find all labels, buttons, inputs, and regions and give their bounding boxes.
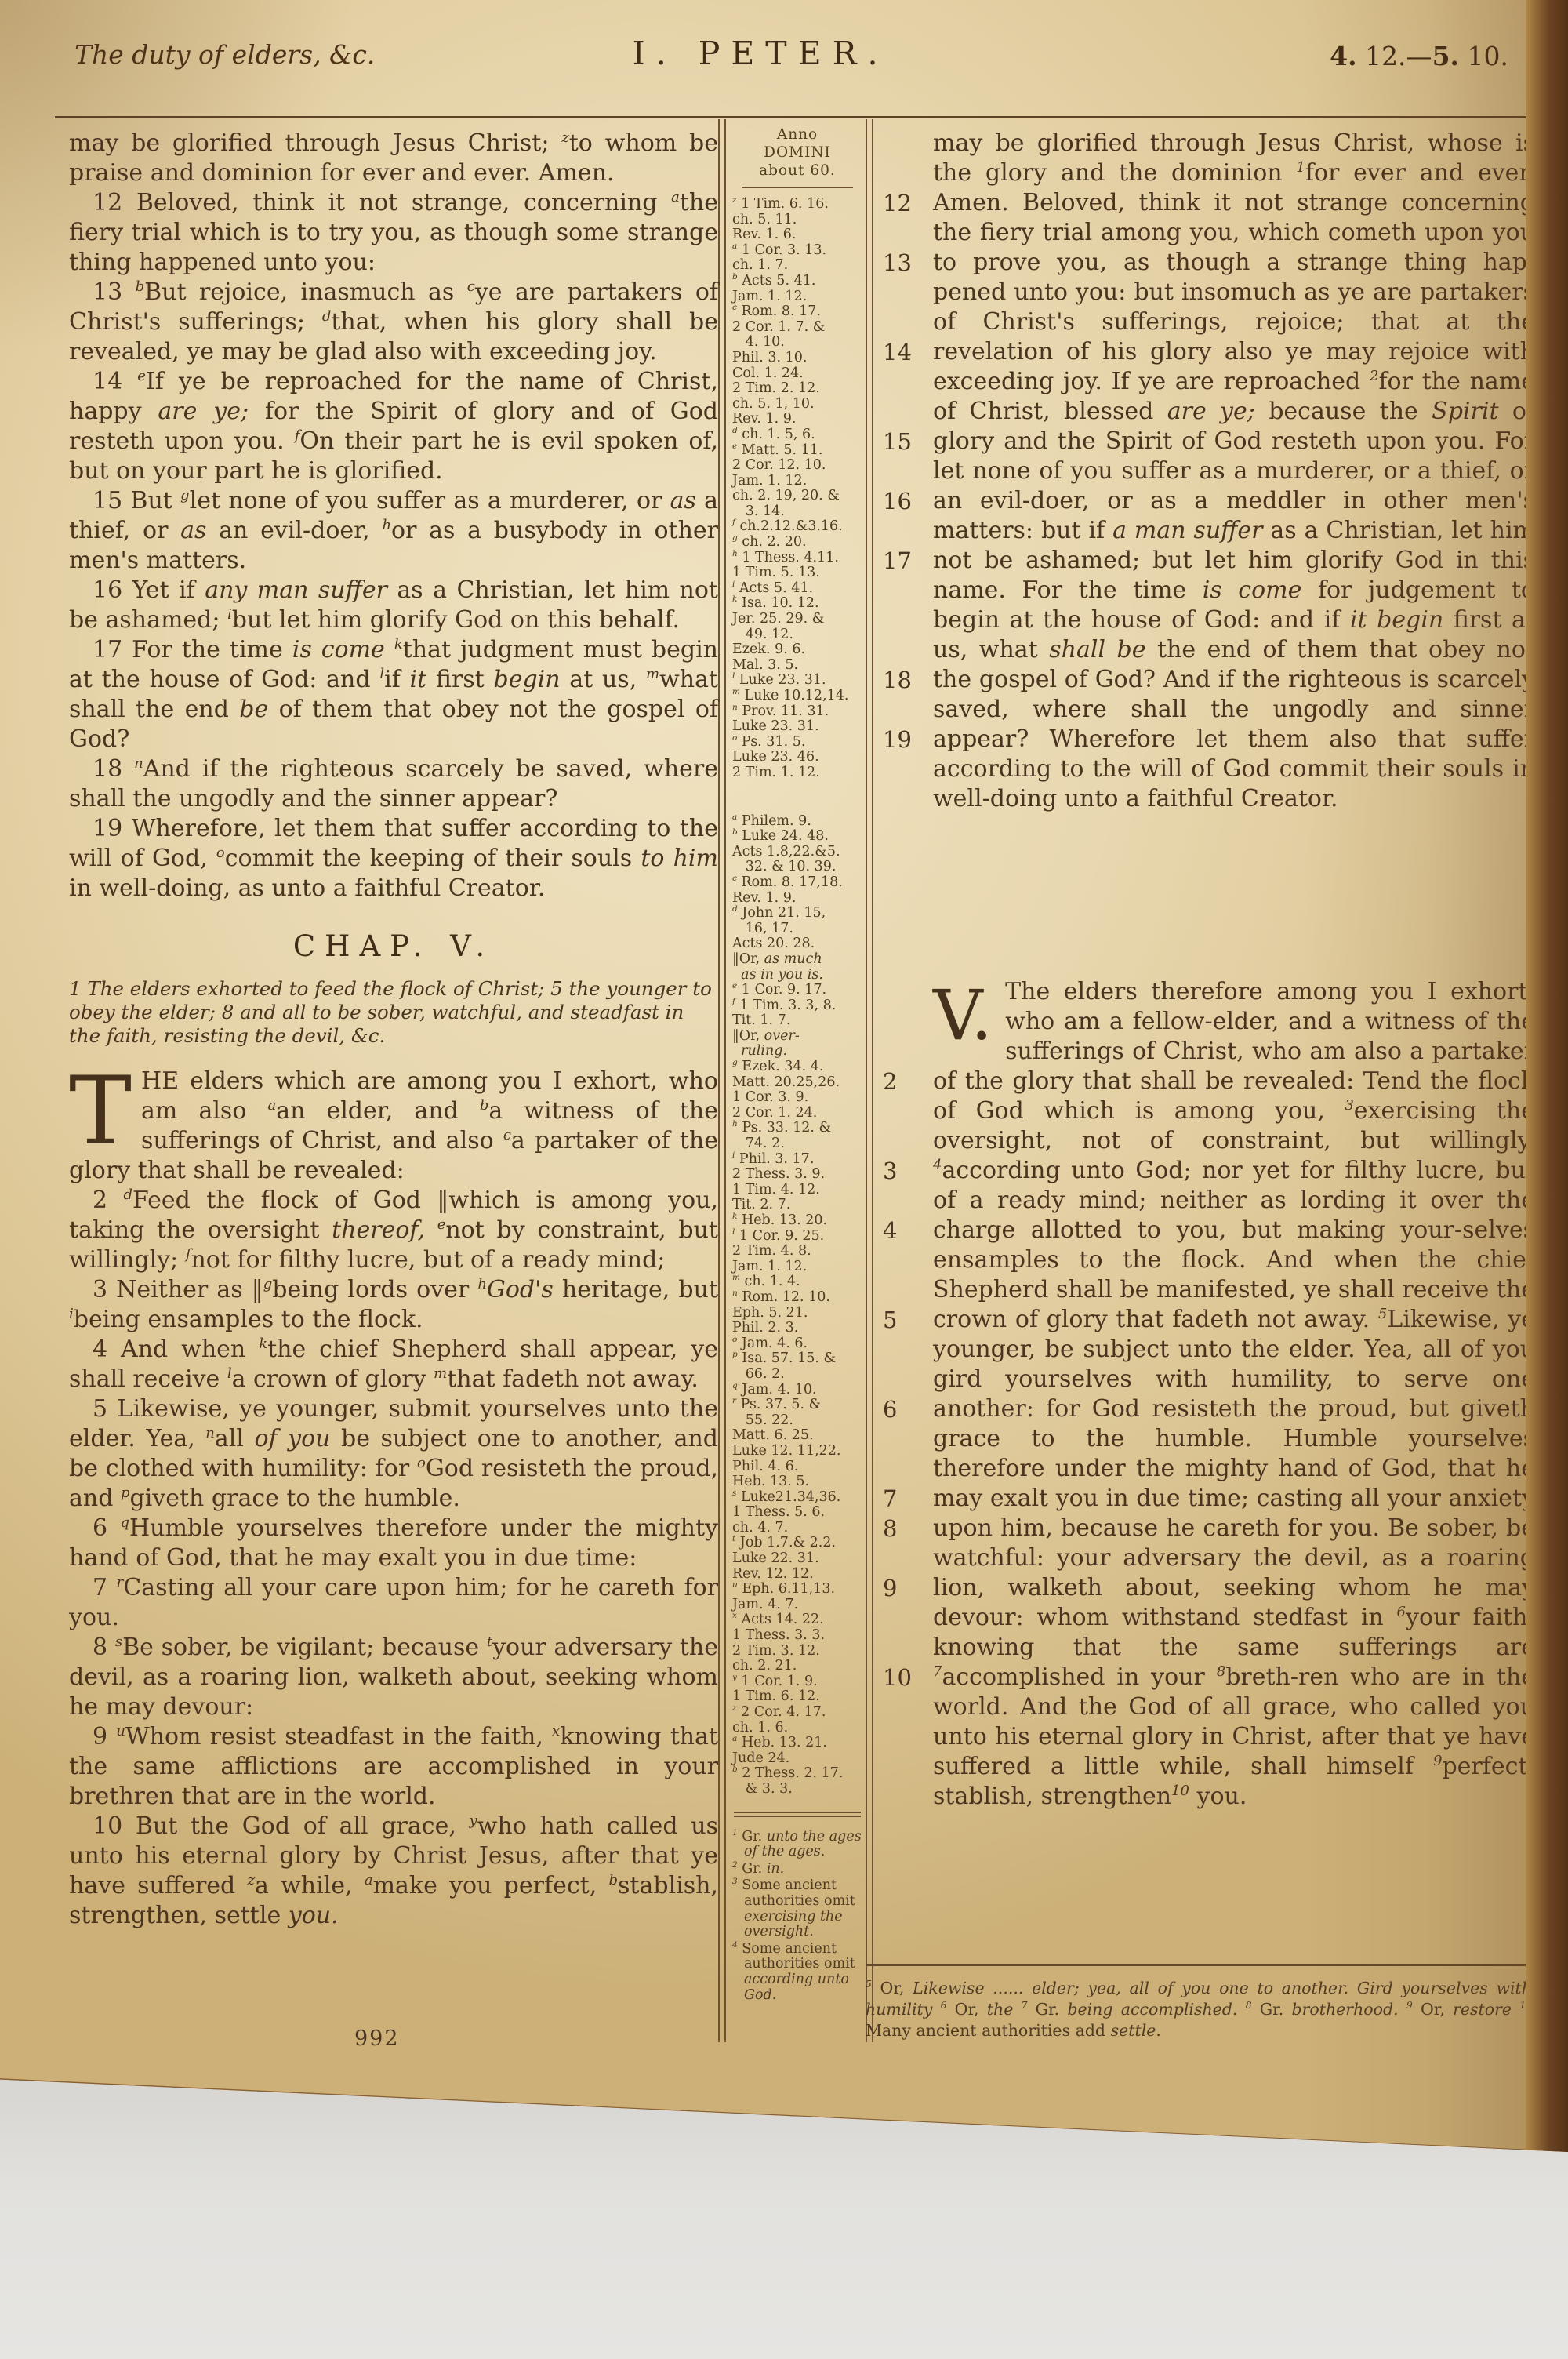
page-number: 992 [354,2026,400,2051]
rv-verse-number: 8 [883,1514,927,1543]
kjv-paragraph-continuation: may be glorified through Jesus Christ; z… [69,129,718,188]
kjv-verse-paragraph: 14 eIf ye be reproached for the name of … [69,367,718,486]
scan-background: The duty of elders, &c. I. PETER. 4. 12.… [0,0,1568,2359]
drop-cap-initial: V. [933,977,1005,1046]
kjv-verse-paragraph: 9 uWhom resist steadfast in the faith, x… [69,1722,718,1812]
kjv-verse-paragraph: 2 dFeed the flock of God ‖which is among… [69,1186,718,1275]
kjv-verse-paragraph: 15 But glet none of you suffer as a murd… [69,486,718,576]
rv-verse-number: 10 [883,1663,927,1692]
anno-rule [742,187,853,188]
refs-chapter4-block: z 1 Tim. 6. 16. ch. 5. 11. Rev. 1. 6. a … [732,197,862,781]
column-rule [866,119,867,2042]
rv-verse-number: 6 [883,1394,927,1424]
anno-domini-note: AnnoDOMINIabout 60. [732,125,862,180]
rv-chapter-paragraph: V.The elders therefore among you I exhor… [933,977,1535,1812]
rv-verse-number: 16 [883,486,927,516]
refs-footnote: 2 Gr. in. [732,1862,862,1877]
rv-verse-text: The elders therefore among you I exhort,… [1005,978,1535,1065]
rv-verse-number: 3 [883,1156,927,1186]
rv-verse-number: 18 [883,665,927,695]
rv-verse-number: 14 [883,337,927,367]
running-head-title: I. PETER. [0,35,1521,72]
kjv-verse-paragraph: 17 For the time is come kthat judgment m… [69,635,718,754]
rv-verse-number: 19 [883,725,927,754]
column-rule [724,119,726,2042]
refs-divider-rule [734,1812,861,1813]
running-head-verse-range: 4. 12.—5. 10. [1330,41,1508,71]
kjv-verse-paragraph: 12 Beloved, think it not strange, concer… [69,188,718,278]
refs-gap [732,781,862,814]
refs-footnote: 1 Gr. unto the ages of the ages. [732,1830,862,1860]
rv-verse-number: 12 [883,188,927,218]
kjv-verse-paragraph: 16 Yet if any man suffer as a Christian,… [69,576,718,635]
refs-chapter5-block: a Philem. 9. b Luke 24. 48. Acts 1.8,22.… [732,814,862,1797]
rv-verse-number: 5 [883,1305,927,1335]
rv-footnote-rule [866,1964,1529,1966]
drop-cap-initial: T [69,1067,141,1148]
header-rule [55,116,1527,118]
refs-footnote: 4 Some ancient authorities omit accordin… [732,1942,862,2003]
refs-divider-rule [734,1816,861,1817]
kjv-verse-paragraph: 7 rCasting all your care upon him; for h… [69,1573,718,1633]
rv-verse-text: pened unto you: but insomuch as ye are p… [933,278,1535,365]
book-page: The duty of elders, &c. I. PETER. 4. 12.… [0,0,1568,2196]
kjv-verse-paragraph: 5 Likewise, ye younger, submit yourselve… [69,1394,718,1514]
page-edge [1526,0,1568,2180]
kjv-verse-paragraph: 18 nAnd if the righteous scarcely be sav… [69,754,718,814]
rv-verse-text: Beloved, think it not strange concerning… [933,189,1535,276]
chapter-heading: CHAP. V. [69,932,718,961]
refs-footnote: 3 Some ancient authorities omit exercisi… [732,1878,862,1939]
rv-verse-number: 7 [883,1484,927,1514]
references-column: AnnoDOMINIabout 60.z 1 Tim. 6. 16. ch. 5… [732,125,862,2005]
rv-verse-text: of the glory that shall be revealed: Ten… [933,1067,1535,1184]
rv-verse-number: 15 [883,427,927,456]
kjv-verse-paragraph: 13 bBut rejoice, inasmuch as cye are par… [69,278,718,367]
kjv-verse-paragraph: 3 Neither as ‖gbeing lords over hGod's h… [69,1275,718,1335]
rv-verse-number: 2 [883,1067,927,1096]
kjv-verse-paragraph: 4 And when kthe chief Shepherd shall app… [69,1335,718,1394]
kjv-verse-paragraph: 6 qHumble yourselves therefore under the… [69,1514,718,1573]
column-rule [718,119,720,2042]
kjv-verse-paragraph: 10 But the God of all grace, ywho hath c… [69,1812,718,1931]
kjv-verse-paragraph: 8 sBe sober, be vigilant; because tyour … [69,1633,718,1722]
kjv-verse-paragraph: 19 Wherefore, let them that suffer accor… [69,814,718,903]
kjv-column: may be glorified through Jesus Christ; z… [69,129,718,1931]
rv-verse-number: 4 [883,1216,927,1245]
page-bottom-edge [0,2078,1568,2155]
chapter-summary: 1 The elders exhorted to feed the flock … [69,977,718,1048]
column-rule [872,119,873,2042]
rv-paragraph: may be glorified through Jesus Christ, w… [933,129,1535,814]
rv-column: may be glorified through Jesus Christ, w… [883,129,1535,1812]
kjv-verse-paragraph: THE elders which are among you I exhort,… [69,1067,718,1186]
rv-footnotes: 5 Or, Likewise ...... elder; yea, all of… [866,1978,1532,2041]
rv-verse-number: 13 [883,248,927,278]
rv-verse-number: 17 [883,546,927,576]
rv-verse-number: 9 [883,1573,927,1603]
